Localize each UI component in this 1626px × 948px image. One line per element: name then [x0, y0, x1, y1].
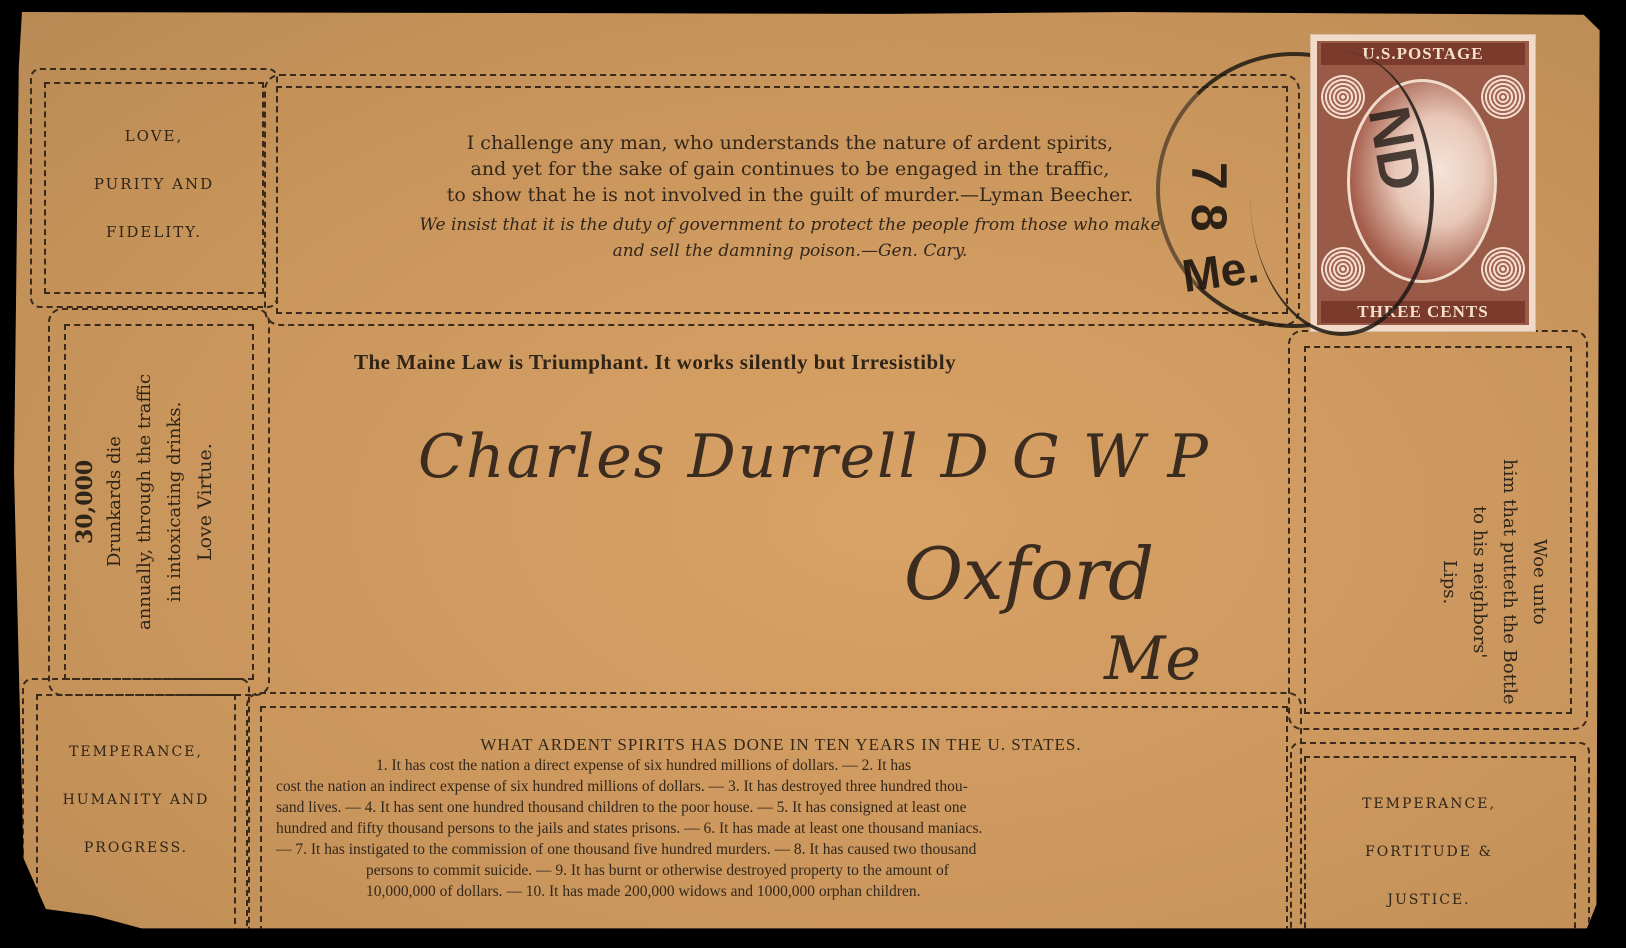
bottom-heading: WHAT ARDENT SPIRITS HAS DONE IN TEN YEAR… — [276, 734, 1286, 755]
bottom-line: 10,000,000 of dollars. — 10. It has made… — [276, 881, 1286, 902]
panel-bottom-right-text: TEMPERANCE, FORTITUDE & JUSTICE. — [1304, 780, 1554, 924]
panel-motto: Love Virtue. — [194, 443, 216, 561]
drunkards-count: 30,000 — [72, 460, 98, 544]
panel-line: LOVE, — [44, 112, 264, 160]
postmark-state: Me. — [1179, 239, 1262, 303]
panel-line: him that putteth the Bottle — [1499, 459, 1520, 705]
panel-line: Lips. — [1439, 560, 1460, 604]
quote-italic-line: We insist that it is the duty of governm… — [290, 212, 1290, 238]
panel-line: Drunkards die — [104, 437, 125, 568]
panel-left-vertical-text: 30,000 Drunkards die annually, through t… — [70, 342, 250, 662]
panel-line: annually, through the traffic — [134, 374, 155, 630]
quote-line: I challenge any man, who understands the… — [290, 130, 1290, 156]
bottom-line: cost the nation an indirect expense of s… — [276, 776, 1286, 797]
stamp-cancel-arc — [1250, 52, 1434, 336]
bottom-line: persons to commit suicide. — 9. It has b… — [276, 860, 1286, 881]
bottom-line: — 7. It has instigated to the commission… — [276, 839, 1286, 860]
panel-line: FORTITUDE & — [1304, 828, 1554, 876]
panel-line: TEMPERANCE, — [36, 728, 236, 776]
panel-top-left-text: LOVE, PURITY AND FIDELITY. — [44, 112, 264, 256]
quote-line: and yet for the sake of gain continues t… — [290, 156, 1290, 182]
address-town: Oxford — [904, 532, 1154, 616]
quote-italic-line: and sell the damning poison.—Gen. Cary. — [290, 238, 1290, 264]
quote-line: to show that he is not involved in the g… — [290, 182, 1290, 208]
postmark-date: 7 8 — [1180, 162, 1238, 232]
panel-line: to his neighbors' — [1469, 506, 1490, 658]
headline: The Maine Law is Triumphant. It works si… — [354, 350, 956, 375]
envelope-cover: LOVE, PURITY AND FIDELITY. I challenge a… — [14, 12, 1606, 932]
bottom-line: hundred and fifty thousand persons to th… — [276, 818, 1286, 839]
panel-line: PURITY AND — [44, 160, 264, 208]
panel-line: in intoxicating drinks. — [164, 402, 185, 602]
address-name: Charles Durrell D G W P — [418, 422, 1210, 492]
bottom-line: sand lives. — 4. It has sent one hundred… — [276, 797, 1286, 818]
panel-right-vertical-text: Woe unto him that putteth the Bottle to … — [1404, 432, 1554, 732]
panel-line: FIDELITY. — [44, 208, 264, 256]
bottom-line: 1. It has cost the nation a direct expen… — [276, 755, 1286, 776]
panel-line: HUMANITY AND — [36, 776, 236, 824]
stamp-rosette-icon — [1481, 75, 1525, 119]
bottom-text: WHAT ARDENT SPIRITS HAS DONE IN TEN YEAR… — [276, 734, 1286, 902]
top-quote: I challenge any man, who understands the… — [290, 130, 1290, 264]
panel-line: TEMPERANCE, — [1304, 780, 1554, 828]
panel-line: Woe unto — [1529, 539, 1550, 625]
panel-line: PROGRESS. — [36, 824, 236, 872]
panel-bottom-left-text: TEMPERANCE, HUMANITY AND PROGRESS. — [36, 728, 236, 872]
panel-line: JUSTICE. — [1304, 876, 1554, 924]
address-state: Me — [1104, 624, 1201, 694]
stamp-rosette-icon — [1481, 247, 1525, 291]
